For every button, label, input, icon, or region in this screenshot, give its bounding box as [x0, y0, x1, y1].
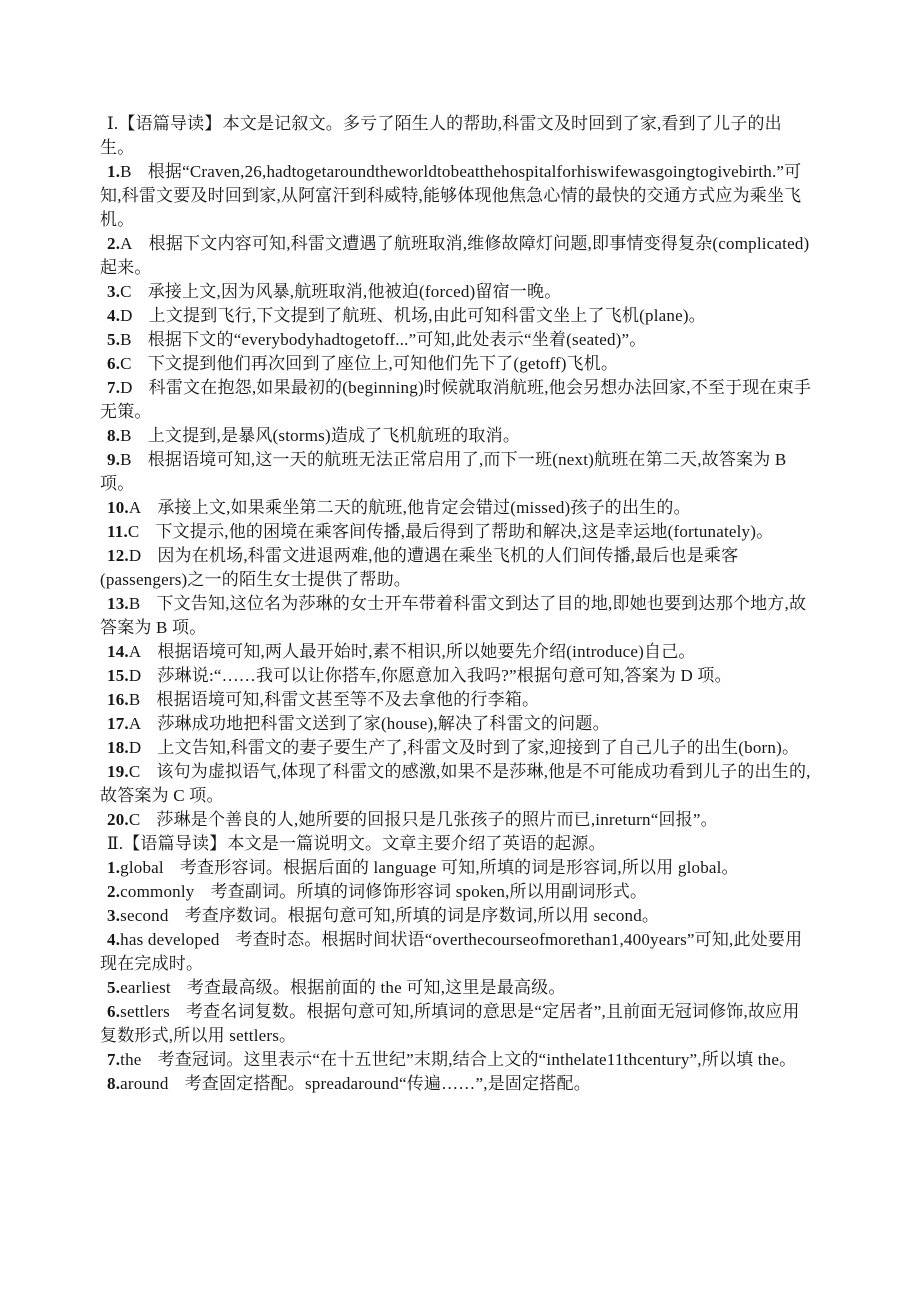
- item-number: 18.: [107, 738, 129, 757]
- item-explanation: 上文提到飞行,下文提到了航班、机场,由此可知科雷文坐上了飞机(plane)。: [149, 306, 706, 325]
- item-answer: B: [129, 594, 141, 613]
- item-number: 3.: [107, 282, 120, 301]
- item-explanation: 承接上文,因为风暴,航班取消,他被迫(forced)留宿一晚。: [148, 282, 562, 301]
- item-answer: B: [120, 162, 132, 181]
- answer-item-line: 3.second考查序数词。根据句意可知,所填的词是序数词,所以用 second…: [100, 904, 816, 928]
- item-explanation: 考查名词复数。根据句意可知,所填词的意思是“定居者”,且前面无冠词修饰,故应用复…: [100, 1002, 800, 1045]
- item-number: 12.: [107, 546, 129, 565]
- item-explanation: 考查最高级。根据前面的 the 可知,这里是最高级。: [187, 978, 566, 997]
- answer-item-line: 1.B根据“Craven,26,hadtogetaroundtheworldto…: [100, 160, 816, 232]
- item-explanation: 考查冠词。这里表示“在十五世纪”末期,结合上文的“inthelate11thce…: [158, 1050, 797, 1069]
- item-number: 4.: [107, 306, 120, 325]
- answer-item-line: 14.A根据语境可知,两人最开始时,素不相识,所以她要先介绍(introduce…: [100, 640, 816, 664]
- item-number: 6.: [107, 1002, 120, 1021]
- item-number: 15.: [107, 666, 129, 685]
- item-answer: D: [129, 666, 141, 685]
- item-explanation: 考查固定搭配。spreadaround“传遍……”,是固定搭配。: [185, 1074, 591, 1093]
- item-answer: commonly: [120, 882, 194, 901]
- answer-item-line: 18.D上文告知,科雷文的妻子要生产了,科雷文及时到了家,迎接到了自己儿子的出生…: [100, 736, 816, 760]
- item-explanation: 根据下文的“everybodyhadtogetoff...”可知,此处表示“坐着…: [148, 330, 647, 349]
- item-answer: A: [129, 498, 141, 517]
- answer-item-line: 12.D因为在机场,科雷文进退两难,他的遭遇在乘坐飞机的人们间传播,最后也是乘客…: [100, 544, 816, 592]
- answer-item-line: 1.global考查形容词。根据后面的 language 可知,所填的词是形容词…: [100, 856, 816, 880]
- section-intro-text: 本文是一篇说明文。文章主要介绍了英语的起源。: [227, 834, 605, 853]
- item-number: 19.: [107, 762, 129, 781]
- item-explanation: 上文告知,科雷文的妻子要生产了,科雷文及时到了家,迎接到了自己儿子的出生(bor…: [157, 738, 799, 757]
- item-answer: B: [120, 450, 132, 469]
- answer-item-line: 7.the考查冠词。这里表示“在十五世纪”末期,结合上文的“inthelate1…: [100, 1048, 816, 1072]
- item-explanation: 莎琳是个善良的人,她所要的回报只是几张孩子的照片而已,inreturn“回报”。: [156, 810, 717, 829]
- answer-item-line: 9.B根据语境可知,这一天的航班无法正常启用了,而下一班(next)航班在第二天…: [100, 448, 816, 496]
- answer-item-line: 15.D莎琳说:“……我可以让你搭车,你愿意加入我吗?”根据句意可知,答案为 D…: [100, 664, 816, 688]
- item-answer: D: [120, 306, 132, 325]
- section-number: Ⅱ.: [107, 834, 123, 853]
- answer-item-line: 16.B根据语境可知,科雷文甚至等不及去拿他的行李箱。: [100, 688, 816, 712]
- item-number: 10.: [107, 498, 129, 517]
- item-number: 13.: [107, 594, 129, 613]
- section-number: Ⅰ.: [107, 114, 118, 133]
- answer-item-line: 2.commonly考查副词。所填的词修饰形容词 spoken,所以用副词形式。: [100, 880, 816, 904]
- answer-item-line: 4.D上文提到飞行,下文提到了航班、机场,由此可知科雷文坐上了飞机(plane)…: [100, 304, 816, 328]
- item-answer: global: [120, 858, 164, 877]
- answer-item-line: 5.B根据下文的“everybodyhadtogetoff...”可知,此处表示…: [100, 328, 816, 352]
- item-explanation: 考查序数词。根据句意可知,所填的词是序数词,所以用 second。: [185, 906, 660, 925]
- item-explanation: 根据语境可知,这一天的航班无法正常启用了,而下一班(next)航班在第二天,故答…: [100, 450, 786, 493]
- item-number: 5.: [107, 978, 120, 997]
- item-explanation: 莎琳说:“……我可以让你搭车,你愿意加入我吗?”根据句意可知,答案为 D 项。: [157, 666, 731, 685]
- item-answer: earliest: [120, 978, 171, 997]
- item-answer: second: [120, 906, 168, 925]
- item-answer: A: [129, 714, 141, 733]
- item-number: 3.: [107, 906, 120, 925]
- answer-item-line: 7.D科雷文在抱怨,如果最初的(beginning)时候就取消航班,他会另想办法…: [100, 376, 816, 424]
- answer-key-text-block: Ⅰ.【语篇导读】本文是记叙文。多亏了陌生人的帮助,科雷文及时回到了家,看到了儿子…: [100, 112, 816, 1096]
- answer-item-line: 20.C莎琳是个善良的人,她所要的回报只是几张孩子的照片而已,inreturn“…: [100, 808, 816, 832]
- item-explanation: 该句为虚拟语气,体现了科雷文的感激,如果不是莎琳,他是不可能成功看到儿子的出生的…: [100, 762, 811, 805]
- item-explanation: 莎琳成功地把科雷文送到了家(house),解决了科雷文的问题。: [157, 714, 609, 733]
- item-number: 8.: [107, 1074, 120, 1093]
- item-explanation: 上文提到,是暴风(storms)造成了飞机航班的取消。: [148, 426, 520, 445]
- item-answer: C: [129, 810, 141, 829]
- answer-item-line: 13.B下文告知,这位名为莎琳的女士开车带着科雷文到达了目的地,即她也要到达那个…: [100, 592, 816, 640]
- item-number: 14.: [107, 642, 129, 661]
- document-page: Ⅰ.【语篇导读】本文是记叙文。多亏了陌生人的帮助,科雷文及时回到了家,看到了儿子…: [0, 0, 920, 1302]
- item-answer: B: [129, 690, 141, 709]
- item-explanation: 下文提示,他的困境在乘客间传播,最后得到了帮助和解决,这是幸运地(fortuna…: [155, 522, 773, 541]
- answer-item-line: 19.C该句为虚拟语气,体现了科雷文的感激,如果不是莎琳,他是不可能成功看到儿子…: [100, 760, 816, 808]
- item-answer: A: [120, 234, 132, 253]
- section-intro-label: 【语篇导读】: [118, 114, 221, 133]
- item-number: 7.: [107, 1050, 120, 1069]
- item-answer: around: [120, 1074, 168, 1093]
- item-explanation: 下文提到他们再次回到了座位上,可知他们先下了(getoff)飞机。: [148, 354, 618, 373]
- answer-item-line: 10.A承接上文,如果乘坐第二天的航班,他肯定会错过(missed)孩子的出生的…: [100, 496, 816, 520]
- item-number: 4.: [107, 930, 120, 949]
- item-number: 11.: [107, 522, 128, 541]
- item-number: 17.: [107, 714, 129, 733]
- answer-item-line: 8.around考查固定搭配。spreadaround“传遍……”,是固定搭配。: [100, 1072, 816, 1096]
- item-number: 2.: [107, 882, 120, 901]
- answer-item-line: 8.B上文提到,是暴风(storms)造成了飞机航班的取消。: [100, 424, 816, 448]
- item-explanation: 根据语境可知,两人最开始时,素不相识,所以她要先介绍(introduce)自己。: [157, 642, 695, 661]
- answer-item-line: 11.C下文提示,他的困境在乘客间传播,最后得到了帮助和解决,这是幸运地(for…: [100, 520, 816, 544]
- answer-item-line: 5.earliest考查最高级。根据前面的 the 可知,这里是最高级。: [100, 976, 816, 1000]
- item-explanation: 根据语境可知,科雷文甚至等不及去拿他的行李箱。: [156, 690, 539, 709]
- item-answer: C: [120, 354, 132, 373]
- item-number: 9.: [107, 450, 120, 469]
- item-answer: D: [120, 378, 132, 397]
- item-explanation: 根据下文内容可知,科雷文遭遇了航班取消,维修故障灯问题,即事情变得复杂(comp…: [100, 234, 809, 277]
- item-number: 20.: [107, 810, 129, 829]
- item-answer: the: [120, 1050, 141, 1069]
- item-number: 1.: [107, 858, 120, 877]
- item-explanation: 根据“Craven,26,hadtogetaroundtheworldtobea…: [100, 162, 801, 229]
- answer-item-line: 17.A莎琳成功地把科雷文送到了家(house),解决了科雷文的问题。: [100, 712, 816, 736]
- item-number: 16.: [107, 690, 129, 709]
- item-answer: D: [129, 738, 141, 757]
- item-number: 2.: [107, 234, 120, 253]
- item-answer: A: [129, 642, 141, 661]
- item-explanation: 承接上文,如果乘坐第二天的航班,他肯定会错过(missed)孩子的出生的。: [157, 498, 690, 517]
- item-number: 8.: [107, 426, 120, 445]
- section-intro-line: Ⅰ.【语篇导读】本文是记叙文。多亏了陌生人的帮助,科雷文及时回到了家,看到了儿子…: [100, 112, 816, 160]
- answer-item-line: 2.A根据下文内容可知,科雷文遭遇了航班取消,维修故障灯问题,即事情变得复杂(c…: [100, 232, 816, 280]
- section-intro-label: 【语篇导读】: [123, 834, 226, 853]
- item-answer: D: [129, 546, 141, 565]
- answer-item-line: 3.C承接上文,因为风暴,航班取消,他被迫(forced)留宿一晚。: [100, 280, 816, 304]
- item-answer: C: [129, 762, 141, 781]
- answer-item-line: 4.has developed考查时态。根据时间状语“overthecourse…: [100, 928, 816, 976]
- section-intro-line: Ⅱ.【语篇导读】本文是一篇说明文。文章主要介绍了英语的起源。: [100, 832, 816, 856]
- item-answer: settlers: [120, 1002, 170, 1021]
- item-explanation: 考查副词。所填的词修饰形容词 spoken,所以用副词形式。: [210, 882, 647, 901]
- item-number: 5.: [107, 330, 120, 349]
- item-answer: B: [120, 330, 132, 349]
- item-number: 1.: [107, 162, 120, 181]
- item-answer: has developed: [120, 930, 219, 949]
- item-number: 7.: [107, 378, 120, 397]
- item-explanation: 考查形容词。根据后面的 language 可知,所填的词是形容词,所以用 glo…: [180, 858, 739, 877]
- item-explanation: 因为在机场,科雷文进退两难,他的遭遇在乘坐飞机的人们间传播,最后也是乘客(pas…: [100, 546, 738, 589]
- item-answer: B: [120, 426, 132, 445]
- item-answer: C: [128, 522, 140, 541]
- item-explanation: 科雷文在抱怨,如果最初的(beginning)时候就取消航班,他会另想办法回家,…: [100, 378, 811, 421]
- item-answer: C: [120, 282, 132, 301]
- answer-item-line: 6.settlers考查名词复数。根据句意可知,所填词的意思是“定居者”,且前面…: [100, 1000, 816, 1048]
- item-number: 6.: [107, 354, 120, 373]
- answer-item-line: 6.C下文提到他们再次回到了座位上,可知他们先下了(getoff)飞机。: [100, 352, 816, 376]
- item-explanation: 下文告知,这位名为莎琳的女士开车带着科雷文到达了目的地,即她也要到达那个地方,故…: [100, 594, 806, 637]
